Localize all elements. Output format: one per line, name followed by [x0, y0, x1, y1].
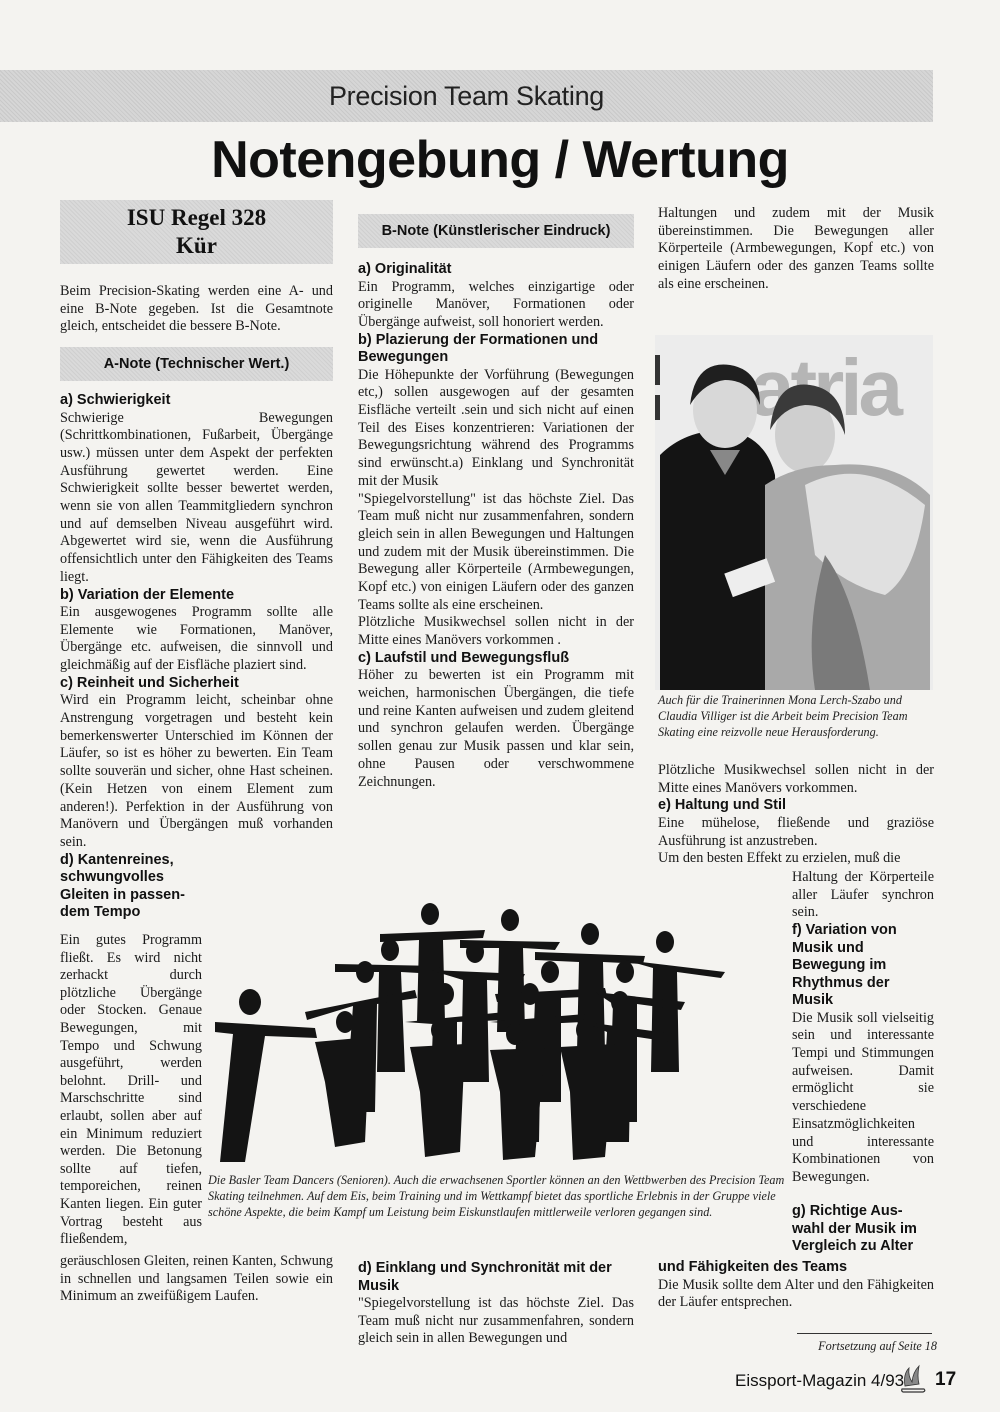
isu-rule-line2: Kür [176, 232, 217, 260]
team-photo-caption: Die Basler Team Dancers (Senioren). Auch… [208, 1172, 786, 1220]
a-note-section-d-text-narrow: Ein gutes Programm fließt. Es wird nicht… [60, 932, 202, 1249]
b-note-section-d-title: d) Einklang und Synchronität mit der Mus… [358, 1260, 634, 1295]
title-line: d) Kantenreines, [60, 852, 333, 870]
skate-logo-icon [899, 1364, 927, 1394]
team-photo-image [205, 872, 780, 1172]
b-note-section-d: d) Einklang und Synchronität mit der Mus… [358, 1260, 634, 1348]
intro-paragraph: Beim Precision-Skating werden eine A- un… [60, 283, 333, 336]
title-line: Vergleich zu Alter [792, 1238, 942, 1256]
a-note-heading-box: A-Note (Technischer Wert.) [60, 347, 333, 381]
continued-text: Haltungen und zudem mit der Musik überei… [658, 205, 934, 294]
section-d-text-continued: geräuschlosen Gleiten, reinen Kanten, Sc… [60, 1253, 333, 1306]
b-note-section-f-title: f) Variation von Musik und Bewegung im R… [792, 922, 934, 1010]
b-note-section-e-text3: Haltung der Körperteile aller Läufer syn… [792, 869, 934, 922]
title-line: g) Richtige Aus- [792, 1203, 942, 1221]
page-title: Notengebung / Wertung [0, 130, 1000, 190]
music-change-text: Plötzliche Musikwechsel sollen nicht in … [658, 762, 934, 797]
b-note-section-a-title: a) Originalität [358, 261, 634, 279]
section-title: Precision Team Skating [329, 81, 604, 112]
a-note-section-c-title: c) Reinheit und Sicherheit [60, 675, 333, 693]
b-note-section-c-text: Höher zu bewerten ist ein Programm mit w… [358, 667, 634, 791]
trainers-photo-caption: Auch für die Trainerinnen Mona Lerch-Sza… [658, 692, 938, 740]
b-note-section-e-text: Eine mühelose, fließende und graziöse Au… [658, 815, 934, 850]
a-note-section-a-title: a) Schwierigkeit [60, 392, 333, 410]
b-note-section-g-text: Die Musik sollte dem Alter und den Fähig… [658, 1277, 934, 1312]
b-note-section-b-text: Die Höhepunkte der Vorführung (Bewegunge… [358, 367, 634, 491]
a-note-section-b-text: Ein ausgewogenes Programm sollte alle El… [60, 604, 333, 675]
b-note-section-b-title: b) Plazierung der Formationen und Bewegu… [358, 332, 634, 367]
team-photo [205, 872, 780, 1172]
b-note-section-f-text: Die Musik soll vielseitig sein und inter… [792, 1010, 934, 1187]
b-note-section-g-title-last: und Fähigkeiten des Teams [658, 1259, 934, 1277]
a-note-section-b-title: b) Variation der Elemente [60, 587, 333, 605]
section-banner: Precision Team Skating [0, 70, 933, 122]
a-note-column: a) Schwierigkeit Schwierige Bewegungen (… [60, 392, 333, 922]
right-column-top-text: Haltungen und zudem mit der Musik überei… [658, 205, 934, 294]
b-note-heading: B-Note (Künstlerischer Eindruck) [382, 223, 611, 239]
right-column-body: Plötzliche Musikwechsel sollen nicht in … [658, 762, 934, 868]
a-note-section-a-text: Schwierige Bewegungen (Schrittkombinatio… [60, 410, 333, 587]
b-note-section-e-text2: Um den besten Effekt zu erzielen, muß di… [658, 850, 934, 868]
title-line: wahl der Musik im [792, 1221, 942, 1239]
magazine-issue: Eissport-Magazin 4/93 [735, 1371, 904, 1391]
trainers-photo: atria [655, 335, 933, 690]
continued-note: Fortsetzung auf Seite 18 [797, 1338, 937, 1354]
a-note-heading: A-Note (Technischer Wert.) [104, 356, 290, 372]
isu-rule-box: ISU Regel 328 Kür [60, 200, 333, 264]
b-note-column: a) Originalität Ein Programm, welches ei… [358, 261, 634, 791]
b-note-section-b-text3: Plötzliche Musikwechsel sollen nicht in … [358, 614, 634, 649]
b-note-section-b-text2: "Spiegelvorstellung" ist das höchste Zie… [358, 491, 634, 615]
b-note-section-d-text: "Spiegelvorstellung ist das höchste Ziel… [358, 1295, 634, 1348]
a-note-section-c-text: Wird ein Programm leicht, scheinbar ohne… [60, 692, 333, 851]
intro-text: Beim Precision-Skating werden eine A- un… [60, 283, 333, 336]
b-note-heading-box: B-Note (Künstlerischer Eindruck) [358, 214, 634, 248]
right-column-narrow: Haltung der Körperteile aller Läufer syn… [792, 869, 934, 1187]
b-note-section-e-title: e) Haltung und Stil [658, 797, 934, 815]
b-note-section-c-title: c) Laufstil und Bewegungsfluß [358, 650, 634, 668]
continued-rule [797, 1333, 932, 1334]
section-d-text: Ein gutes Programm fließt. Es wird nicht… [60, 932, 202, 1249]
page-number: 17 [935, 1369, 956, 1391]
b-note-section-g-title: g) Richtige Aus- wahl der Musik im Vergl… [792, 1203, 942, 1256]
b-note-section-g: und Fähigkeiten des Teams Die Musik soll… [658, 1259, 934, 1312]
isu-rule-line1: ISU Regel 328 [127, 204, 266, 232]
a-note-section-d-text-wide: geräuschlosen Gleiten, reinen Kanten, Sc… [60, 1253, 333, 1306]
trainers-photo-image: atria [655, 335, 933, 690]
b-note-section-a-text: Ein Programm, welches einzigartige oder … [358, 279, 634, 332]
